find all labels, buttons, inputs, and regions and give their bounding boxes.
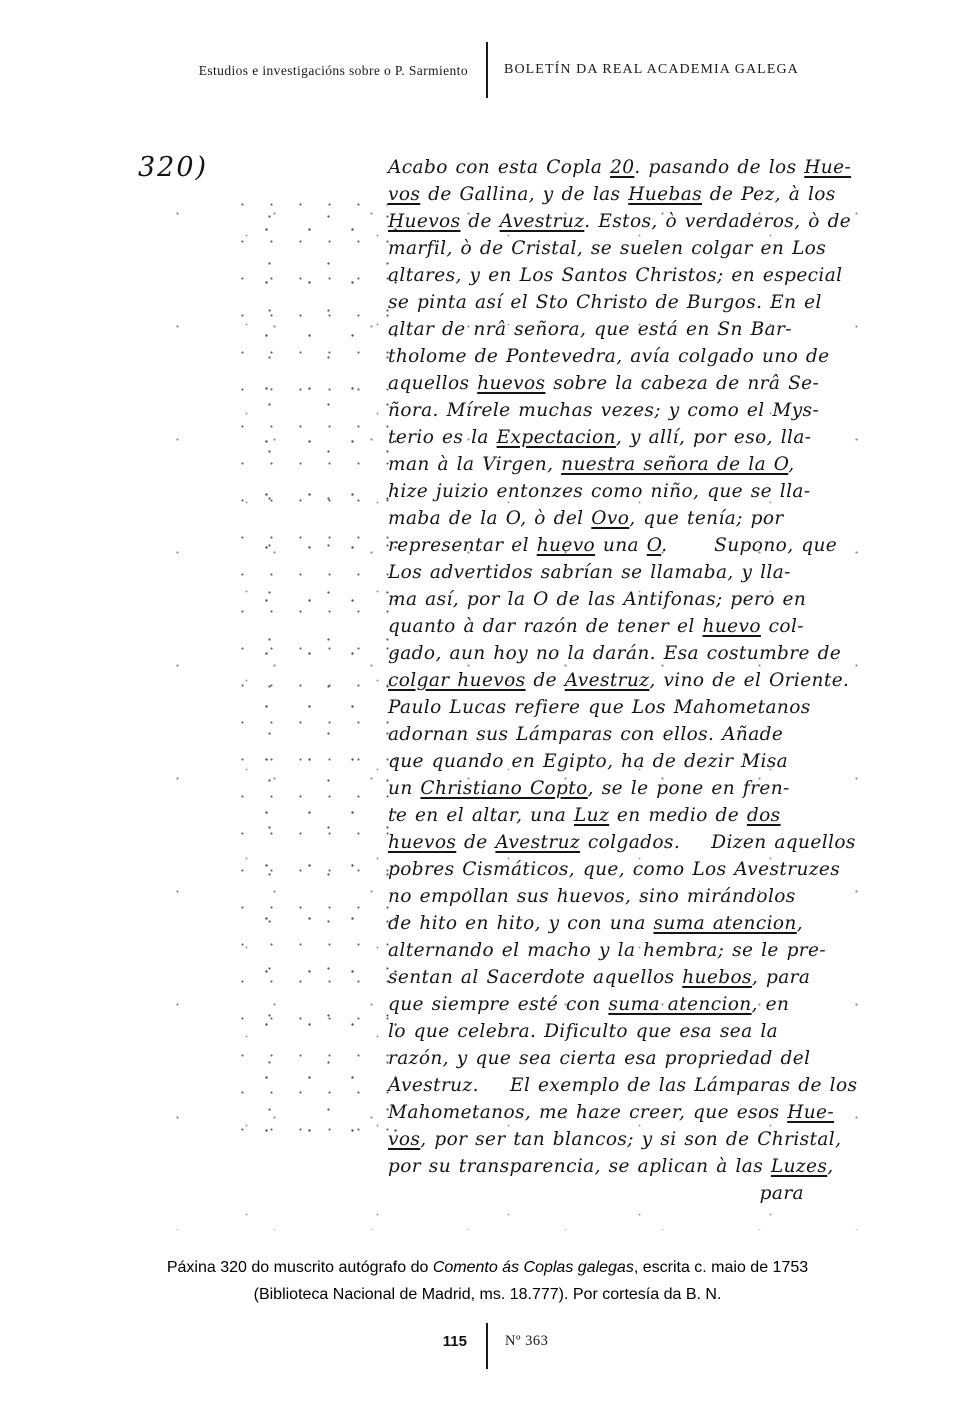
figure-caption: Páxina 320 do muscrito autógrafo do Come… [0,1254,975,1308]
manuscript-line: quanto à dar razón de tener el huevo col… [388,613,866,640]
manuscript-page-number: 320) [138,152,208,183]
manuscript-line: maba de la O, ò del Ovo, que tenía; por [388,505,866,532]
manuscript-line: Avestruz. El exemplo de las Lámparas de … [388,1072,866,1099]
caption-line-1: Páxina 320 do muscrito autógrafo do Come… [0,1254,975,1281]
journal-page: { "header": { "left": "Estudios e invest… [0,0,975,1417]
manuscript-line: adornan sus Lámparas con ellos. Añade [388,721,866,748]
manuscript-line: tholome de Pontevedra, avía colgado uno … [388,343,866,370]
scan-noise-margin [238,200,408,1150]
manuscript-line: no empollan sus huevos, sino mirándolos [388,883,866,910]
caption-text: Páxina 320 do muscrito autógrafo do [167,1259,433,1276]
manuscript-line: se pinta así el Sto Christo de Burgos. E… [388,289,866,316]
footer-divider-rule [486,1323,488,1369]
manuscript-line: huevos de Avestruz colgados. Dizen aquel… [388,829,866,856]
manuscript-line: vos de Gallina, y de las Huebas de Pez, … [388,181,866,208]
manuscript-line: un Christiano Copto, se le pone en fren- [388,775,866,802]
caption-text: , escrita c. maio de 1753 [634,1259,808,1276]
issue-number: Nº 363 [505,1333,548,1350]
manuscript-line: razón, y que sea cierta esa propriedad d… [388,1045,866,1072]
manuscript-line: que quando en Egipto, ha de dezir Misa [388,748,866,775]
running-head-left: Estudios e investigacións sobre o P. Sar… [199,63,468,79]
manuscript-line: aquellos huevos sobre la cabeza de nrâ S… [388,370,866,397]
manuscript-line: colgar huevos de Avestruz, vino de el Or… [388,667,866,694]
manuscript-line: terio es la Expectacion, y allí, por eso… [388,424,866,451]
manuscript-line: ma así, por la O de las Antifonas; pero … [388,586,866,613]
caption-work-title: Comento ás Coplas galegas [433,1259,634,1276]
manuscript-line: por su transparencia, se aplican à las L… [388,1153,866,1180]
manuscript-line: Paulo Lucas refiere que Los Mahometanos [388,694,866,721]
page-number: 115 [443,1333,467,1350]
manuscript-line: representar el huevo una O. Supono, que [388,532,866,559]
manuscript-line: lo que celebra. Dificulto que esa sea la [388,1018,866,1045]
manuscript-line: ñora. Mírele muchas vezes; y como el Mys… [388,397,866,424]
header-divider-rule [486,42,488,98]
running-head-journal-title: BOLETÍN DA REAL ACADEMIA GALEGA [504,62,799,78]
manuscript-line: man à la Virgen, nuestra señora de la O, [388,451,866,478]
manuscript-lines: Acabo con esta Copla 20. pasando de los … [388,154,866,1207]
manuscript-line: marfil, ò de Cristal, se suelen colgar e… [388,235,866,262]
manuscript-line: hize juizio entonzes como niño, que se l… [388,478,866,505]
manuscript-line: que siempre esté con suma atencion, en [388,991,866,1018]
manuscript-line: Huevos de Avestruz. Estos, ò verdaderos,… [388,208,866,235]
manuscript-line: gado, aun hoy no la darán. Esa costumbre… [388,640,866,667]
manuscript-line: alternando el macho y la hembra; se le p… [388,937,866,964]
manuscript-line: vos, por ser tan blancos; y si son de Ch… [388,1126,866,1153]
manuscript-line: altares, y en Los Santos Christos; en es… [388,262,866,289]
caption-line-2: (Biblioteca Nacional de Madrid, ms. 18.7… [0,1281,975,1308]
manuscript-line: sentan al Sacerdote aquellos huebos, par… [388,964,866,991]
manuscript-line: de hito en hito, y con una suma atencion… [388,910,866,937]
manuscript-line: Los advertidos sabrían se llamaba, y lla… [388,559,866,586]
manuscript-facsimile: 320) Acabo con esta Copla 20. pasando de… [118,130,868,1235]
manuscript-line: pobres Cismáticos, que, como Los Avestru… [388,856,866,883]
manuscript-line: altar de nrâ señora, que está en Sn Bar- [388,316,866,343]
manuscript-line: te en el altar, una Luz en medio de dos [388,802,866,829]
manuscript-line: Acabo con esta Copla 20. pasando de los … [388,154,866,181]
manuscript-line: Mahometanos, me haze creer, que esos Hue… [388,1099,866,1126]
manuscript-catchword: para [388,1180,866,1207]
